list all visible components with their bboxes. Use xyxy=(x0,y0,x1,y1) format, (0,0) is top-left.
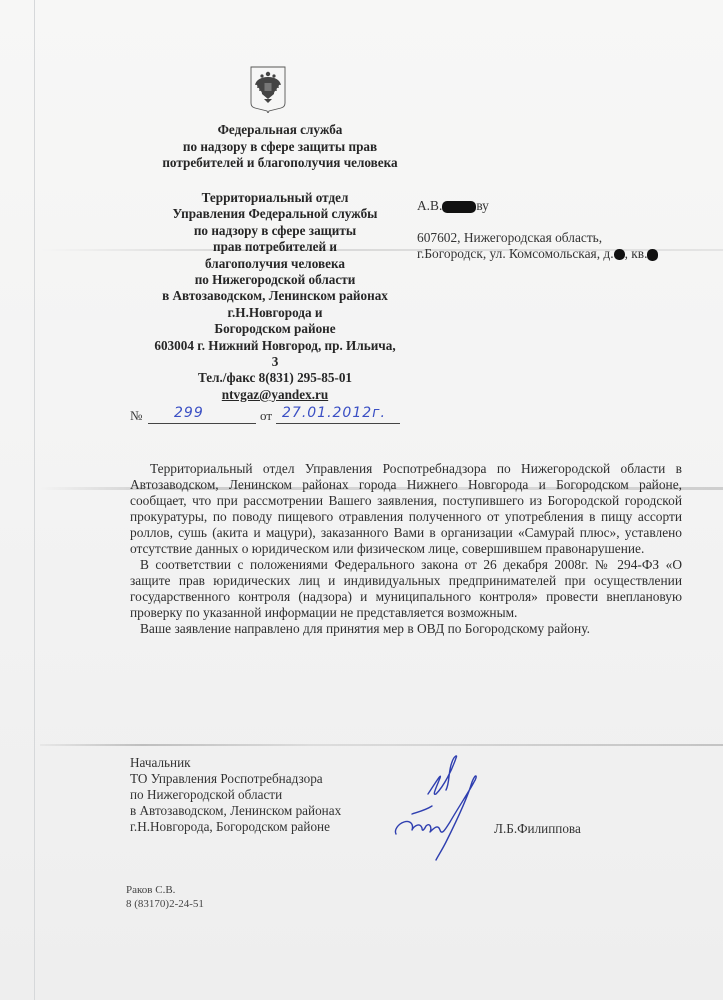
handwritten-date: 27.01.2012г. xyxy=(282,405,386,421)
department-line: Богородском районе xyxy=(120,321,430,337)
signatory-title-line: ТО Управления Роспотребнадзора xyxy=(130,771,390,787)
department-address: 603004 г. Нижний Новгород, пр. Ильича, xyxy=(120,338,430,354)
body-paragraph: Ваше заявление направлено для принятия м… xyxy=(130,621,682,637)
signatory-title-line: по Нижегородской области xyxy=(130,787,390,803)
russian-coat-of-arms-icon xyxy=(249,65,287,113)
document-page: Федеральная служба по надзору в сфере за… xyxy=(0,0,723,1000)
addressee-initials: А.В. xyxy=(417,198,442,213)
executor-phone: 8 (83170)2-24-51 xyxy=(126,898,204,912)
address-city-street-label: г.Богородск, ул. xyxy=(417,246,509,261)
agency-line: потребителей и благополучия человека xyxy=(130,155,430,172)
registration-line: № 299 от 27.01.2012г. xyxy=(130,408,420,428)
handwritten-signature xyxy=(392,752,512,862)
redacted-apartment xyxy=(647,249,658,261)
date-underline xyxy=(276,423,400,424)
department-line: прав потребителей и xyxy=(120,239,430,255)
department-header: Территориальный отдел Управления Федерал… xyxy=(120,190,430,403)
department-phone: Тел./факс 8(831) 295-85-01 xyxy=(120,370,430,386)
department-line: благополучия человека xyxy=(120,256,430,272)
date-label: от xyxy=(260,408,272,424)
agency-line: Федеральная служба xyxy=(130,122,430,139)
redacted-house xyxy=(614,249,625,260)
handwritten-number: 299 xyxy=(174,405,204,421)
signatory-title-line: в Автозаводском, Ленинском районах xyxy=(130,803,390,819)
signatory-title-line: Начальник xyxy=(130,755,390,771)
body-paragraph: Территориальный отдел Управления Роспотр… xyxy=(130,461,682,557)
department-line: в Автозаводском, Ленинском районах xyxy=(120,288,430,304)
addressee-surname-ending: ву xyxy=(476,198,489,213)
number-underline xyxy=(148,423,256,424)
agency-line: по надзору в сфере защиты прав xyxy=(130,139,430,156)
redacted-surname xyxy=(442,201,476,213)
department-line: Управления Федеральной службы xyxy=(120,206,430,222)
executor-name: Раков С.В. xyxy=(126,884,204,898)
address-apt-label: , кв. xyxy=(625,246,648,261)
address-street: Комсомольская xyxy=(509,246,597,261)
signatory-title: Начальник ТО Управления Роспотребнадзора… xyxy=(130,755,390,835)
agency-header: Федеральная служба по надзору в сфере за… xyxy=(130,122,430,172)
department-line: по надзору в сфере защиты xyxy=(120,223,430,239)
executor-block: Раков С.В. 8 (83170)2-24-51 xyxy=(126,884,204,911)
address-line-1: 607602, Нижегородская область, xyxy=(417,230,707,246)
number-label: № xyxy=(130,408,142,424)
signatory-title-line: г.Н.Новгорода, Богородском районе xyxy=(130,819,390,835)
department-email-link[interactable]: ntvgaz@yandex.ru xyxy=(120,387,430,403)
department-line: г.Н.Новгорода и xyxy=(120,305,430,321)
fold-line-vertical xyxy=(34,0,35,1000)
address-house-label: , д. xyxy=(597,246,614,261)
fold-line-lower xyxy=(40,744,723,746)
addressee-name: А.В.ву xyxy=(417,198,707,214)
body-paragraph: В соответствии с положениями Федеральног… xyxy=(130,557,682,621)
letter-body: Территориальный отдел Управления Роспотр… xyxy=(130,461,682,637)
addressee-block: А.В.ву 607602, Нижегородская область, г.… xyxy=(417,198,707,262)
address-line-2: г.Богородск, ул. Комсомольская, д., кв. xyxy=(417,246,707,262)
department-address-building: 3 xyxy=(120,354,430,370)
department-line: по Нижегородской области xyxy=(120,272,430,288)
signatory-name: Л.Б.Филиппова xyxy=(494,821,581,837)
department-line: Территориальный отдел xyxy=(120,190,430,206)
